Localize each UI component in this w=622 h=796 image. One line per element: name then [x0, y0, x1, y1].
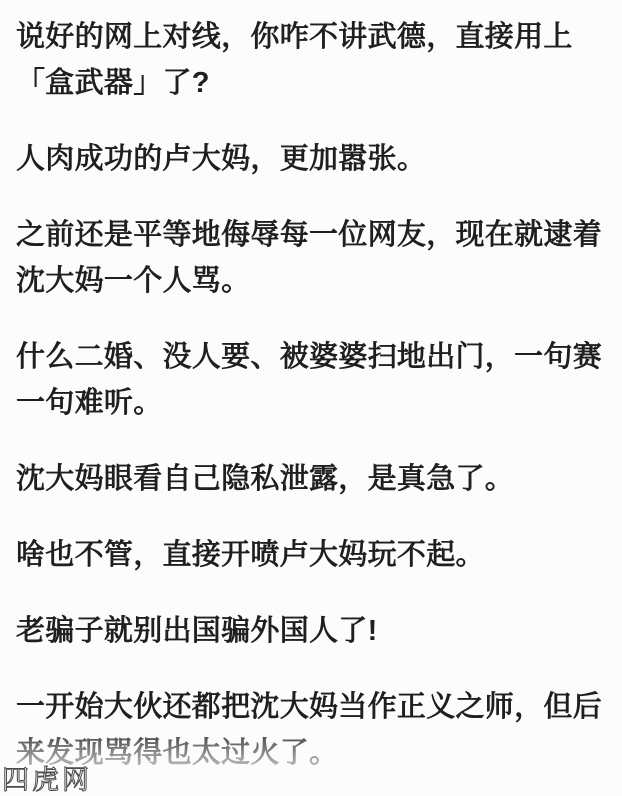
article-paragraph: 啥也不管，直接开喷卢大妈玩不起。 [16, 532, 602, 578]
article-paragraph: 老骗子就别出国骗外国人了! [16, 608, 602, 654]
article-body: 说好的网上对线，你咋不讲武德，直接用上 「盒武器」了? 人肉成功的卢大妈，更加嚣… [0, 0, 622, 776]
watermark-text: 四虎网 [2, 765, 92, 795]
article-paragraph: 一开始大伙还都把沈大妈当作正义之师，但后 来发现骂得也太过火了。 [16, 684, 602, 776]
article-paragraph: 说好的网上对线，你咋不讲武德，直接用上 「盒武器」了? [16, 14, 602, 106]
article-paragraph: 人肉成功的卢大妈，更加嚣张。 [16, 136, 602, 182]
article-paragraph: 之前还是平等地侮辱每一位网友，现在就逮着 沈大妈一个人骂。 [16, 212, 602, 304]
article-page: 说好的网上对线，你咋不讲武德，直接用上 「盒武器」了? 人肉成功的卢大妈，更加嚣… [0, 0, 622, 796]
article-paragraph: 沈大妈眼看自己隐私泄露，是真急了。 [16, 456, 602, 502]
article-paragraph: 什么二婚、没人要、被婆婆扫地出门，一句赛 一句难听。 [16, 334, 602, 426]
